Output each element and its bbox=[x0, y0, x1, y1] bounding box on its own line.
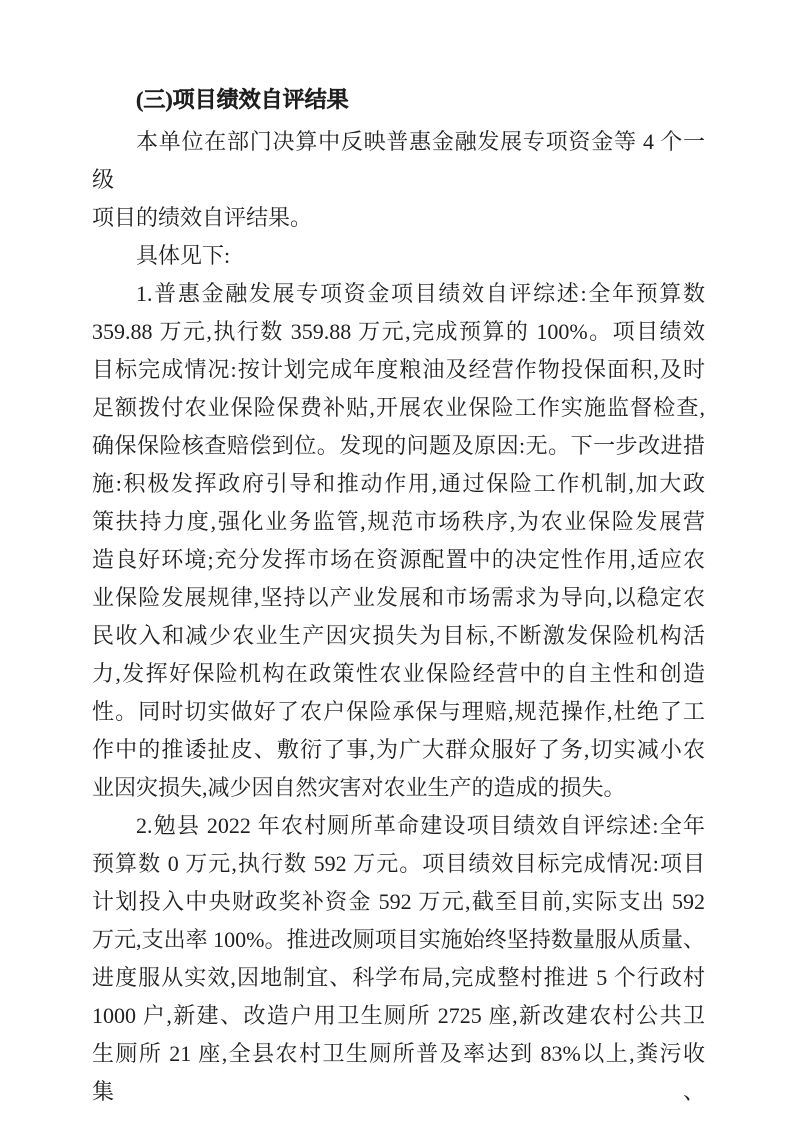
text-line: 施:积极发挥政府引导和推动作用,通过保险工作机制,加大政 bbox=[92, 465, 705, 503]
text-line: 万元,支出率 100%。推进改厕项目实施始终坚持数量服从质量、 bbox=[92, 921, 705, 959]
text-line: 计划投入中央财政奖补资金 592 万元,截至目前,实际支出 592 bbox=[92, 883, 705, 921]
text-line: 项目的绩效自评结果。 bbox=[92, 199, 705, 237]
section-heading: (三)项目绩效自评结果 bbox=[92, 81, 705, 119]
text-line: 359.88 万元,执行数 359.88 万元,完成预算的 100%。项目绩效 bbox=[92, 313, 705, 351]
text-line: 预算数 0 万元,执行数 592 万元。项目绩效目标完成情况:项目 bbox=[92, 845, 705, 883]
text-line: 进度服从实效,因地制宜、科学布局,完成整村推进 5 个行政村 bbox=[92, 959, 705, 997]
text-line: 确保保险核查赔偿到位。发现的问题及原因:无。下一步改进措 bbox=[92, 427, 705, 465]
text-line: 性。同时切实做好了农户保险承保与理赔,规范操作,杜绝了工 bbox=[92, 693, 705, 731]
text-line: 本单位在部门决算中反映普惠金融发展专项资金等 4 个一级 bbox=[92, 123, 705, 199]
text-line: 业保险发展规律,坚持以产业发展和市场需求为导向,以稳定农 bbox=[92, 579, 705, 617]
paragraph-list: 本单位在部门决算中反映普惠金融发展专项资金等 4 个一级项目的绩效自评结果。具体… bbox=[92, 123, 705, 1111]
text-line: 策扶持力度,强化业务监管,规范市场秩序,为农业保险发展营 bbox=[92, 503, 705, 541]
text-line: 造良好环境;充分发挥市场在资源配置中的决定性作用,适应农 bbox=[92, 541, 705, 579]
text-line: 作中的推诿扯皮、敷衍了事,为广大群众服好了务,切实减小农 bbox=[92, 731, 705, 769]
text-line: 目标完成情况:按计划完成年度粮油及经营作物投保面积,及时 bbox=[92, 351, 705, 389]
text-line: 生厕所 21 座,全县农村卫生厕所普及率达到 83%以上,粪污收集、 bbox=[92, 1035, 705, 1111]
text-line: 1000 户,新建、改造户用卫生厕所 2725 座,新改建农村公共卫 bbox=[92, 997, 705, 1035]
text-line: 民收入和减少农业生产因灾损失为目标,不断激发保险机构活 bbox=[92, 617, 705, 655]
paragraph: 具体见下: bbox=[92, 237, 705, 275]
text-line: 具体见下: bbox=[92, 237, 705, 275]
text-line: 足额拨付农业保险保费补贴,开展农业保险工作实施监督检查, bbox=[92, 389, 705, 427]
document-text-block: (三)项目绩效自评结果 本单位在部门决算中反映普惠金融发展专项资金等 4 个一级… bbox=[92, 81, 705, 1111]
text-line: 力,发挥好保险机构在政策性农业保险经营中的自主性和创造 bbox=[92, 655, 705, 693]
text-line: 1.普惠金融发展专项资金项目绩效自评综述:全年预算数 bbox=[92, 275, 705, 313]
text-line: 业因灾损失,减少因自然灾害对农业生产的造成的损失。 bbox=[92, 769, 705, 807]
paragraph: 本单位在部门决算中反映普惠金融发展专项资金等 4 个一级项目的绩效自评结果。 bbox=[92, 123, 705, 237]
paragraph: 2.勉县 2022 年农村厕所革命建设项目绩效自评综述:全年预算数 0 万元,执… bbox=[92, 807, 705, 1111]
document-page: (三)项目绩效自评结果 本单位在部门决算中反映普惠金融发展专项资金等 4 个一级… bbox=[0, 0, 793, 1122]
paragraph: 1.普惠金融发展专项资金项目绩效自评综述:全年预算数359.88 万元,执行数 … bbox=[92, 275, 705, 807]
text-line: 2.勉县 2022 年农村厕所革命建设项目绩效自评综述:全年 bbox=[92, 807, 705, 845]
